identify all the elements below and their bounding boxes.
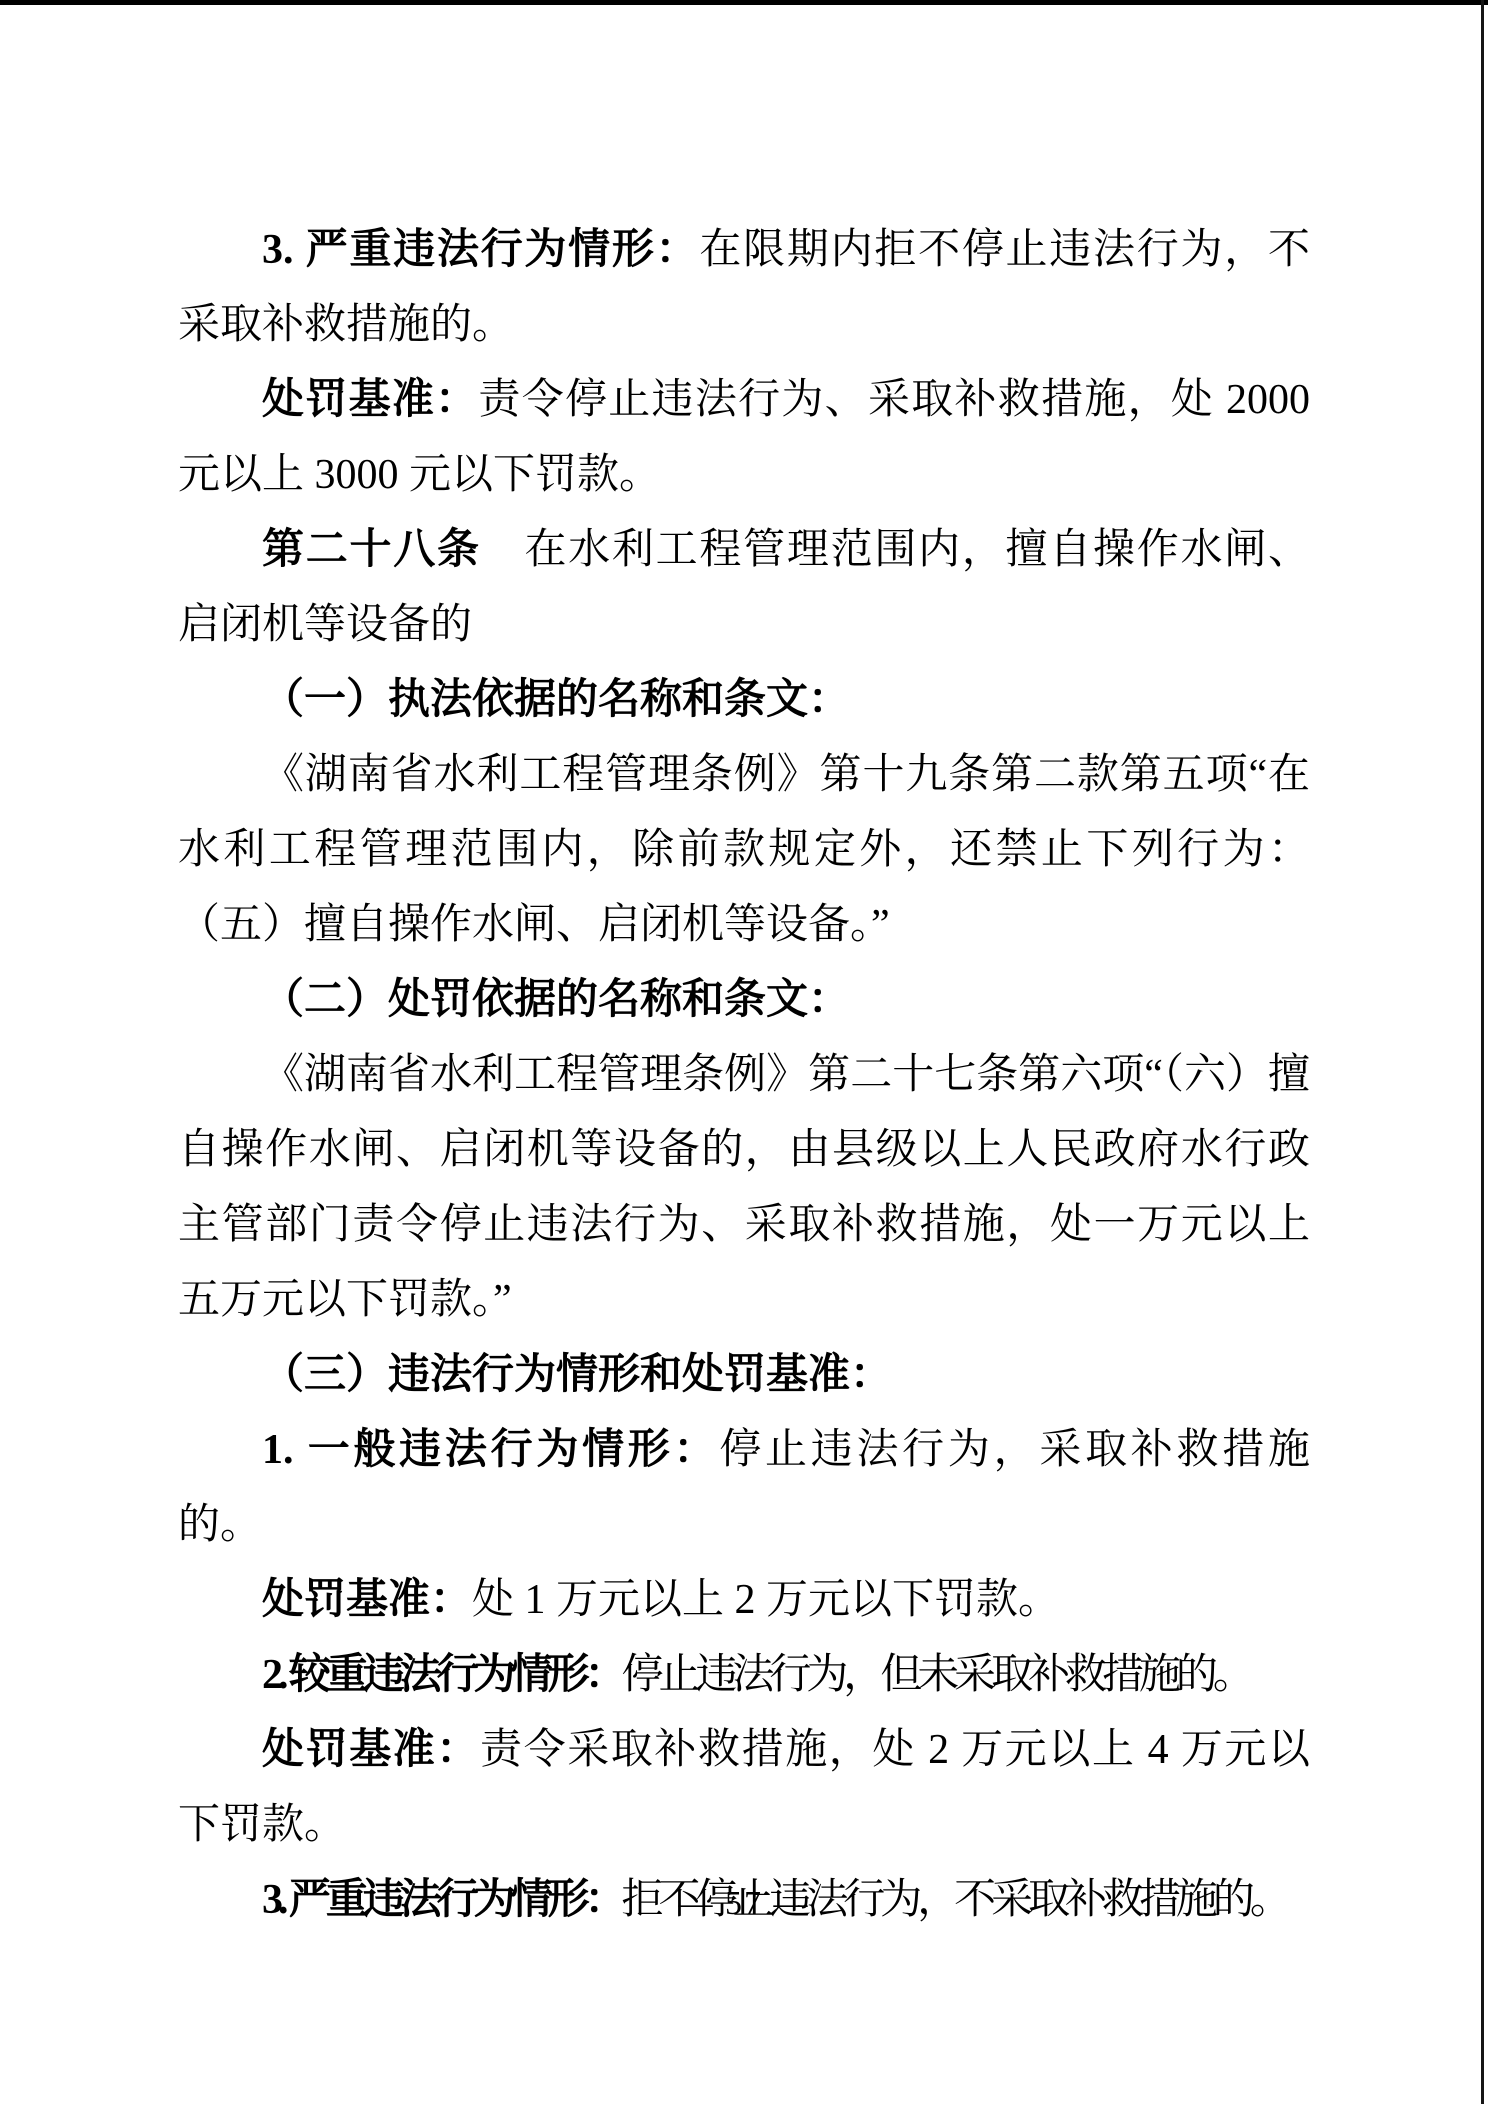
run-label: （二）处罚依据的名称和条文：: [262, 977, 850, 1023]
run-label: 第二十八条: [262, 527, 481, 573]
run-label: 3. 严重违法行为情形：: [262, 227, 699, 273]
scan-right-edge-artifact: [1481, 0, 1484, 2104]
scanned-document-page: { "doc": { "paragraphs": [ {"runs": [ {"…: [0, 0, 1488, 2104]
run-text: 处 1 万元以上 2 万元以下罚款。: [472, 1577, 1060, 1623]
run-text: 停止违法行为，但未采取补救措施的。: [622, 1652, 1250, 1698]
run-label: 处罚基准：: [262, 377, 478, 423]
paragraph-penalty-standard: 处罚基准：责令停止违法行为、采取补救措施，处 2000 元以上 3000 元以下…: [178, 363, 1310, 513]
paragraph-regulation-quote-2: 《湖南省水利工程管理条例》第二十七条第六项“（六）擅自操作水闸、启闭机等设备的，…: [178, 1038, 1310, 1338]
heading-violation-and-penalty: （三）违法行为情形和处罚基准：: [178, 1338, 1310, 1413]
run-label: 1. 一般违法行为情形：: [262, 1427, 719, 1473]
paragraph-severe-violation-3: 3. 严重违法行为情形：在限期内拒不停止违法行为，不采取补救措施的。: [178, 213, 1310, 363]
run-label: 2. 较重违法行为情形：: [262, 1652, 622, 1698]
paragraph-general-violation-1: 1. 一般违法行为情形：停止违法行为，采取补救措施的。: [178, 1413, 1310, 1563]
run-label: （三）违法行为情形和处罚基准：: [262, 1352, 892, 1398]
page-number: — 57 —: [178, 1882, 1310, 1926]
paragraph-moderate-violation-2: 2. 较重违法行为情形：停止违法行为，但未采取补救措施的。: [178, 1638, 1310, 1713]
heading-enforcement-basis: （一）执法依据的名称和条文：: [178, 663, 1310, 738]
paragraph-penalty-standard: 处罚基准：处 1 万元以上 2 万元以下罚款。: [178, 1563, 1310, 1638]
run-label: 处罚基准：: [262, 1727, 480, 1773]
run-label: 处罚基准：: [262, 1577, 472, 1623]
run-label: （一）执法依据的名称和条文：: [262, 677, 850, 723]
scan-top-edge-artifact: [0, 0, 1488, 5]
heading-punishment-basis: （二）处罚依据的名称和条文：: [178, 963, 1310, 1038]
run-text: 《湖南省水利工程管理条例》第十九条第二款第五项“在水利工程管理范围内，除前款规定…: [178, 752, 1310, 948]
document-body: 3. 严重违法行为情形：在限期内拒不停止违法行为，不采取补救措施的。 处罚基准：…: [178, 213, 1310, 1938]
paragraph-article-28: 第二十八条 在水利工程管理范围内，擅自操作水闸、启闭机等设备的: [178, 513, 1310, 663]
paragraph-regulation-quote-1: 《湖南省水利工程管理条例》第十九条第二款第五项“在水利工程管理范围内，除前款规定…: [178, 738, 1310, 963]
paragraph-penalty-standard: 处罚基准：责令采取补救措施，处 2 万元以上 4 万元以下罚款。: [178, 1713, 1310, 1863]
run-text: 《湖南省水利工程管理条例》第二十七条第六项“（六）擅自操作水闸、启闭机等设备的，…: [178, 1052, 1310, 1323]
